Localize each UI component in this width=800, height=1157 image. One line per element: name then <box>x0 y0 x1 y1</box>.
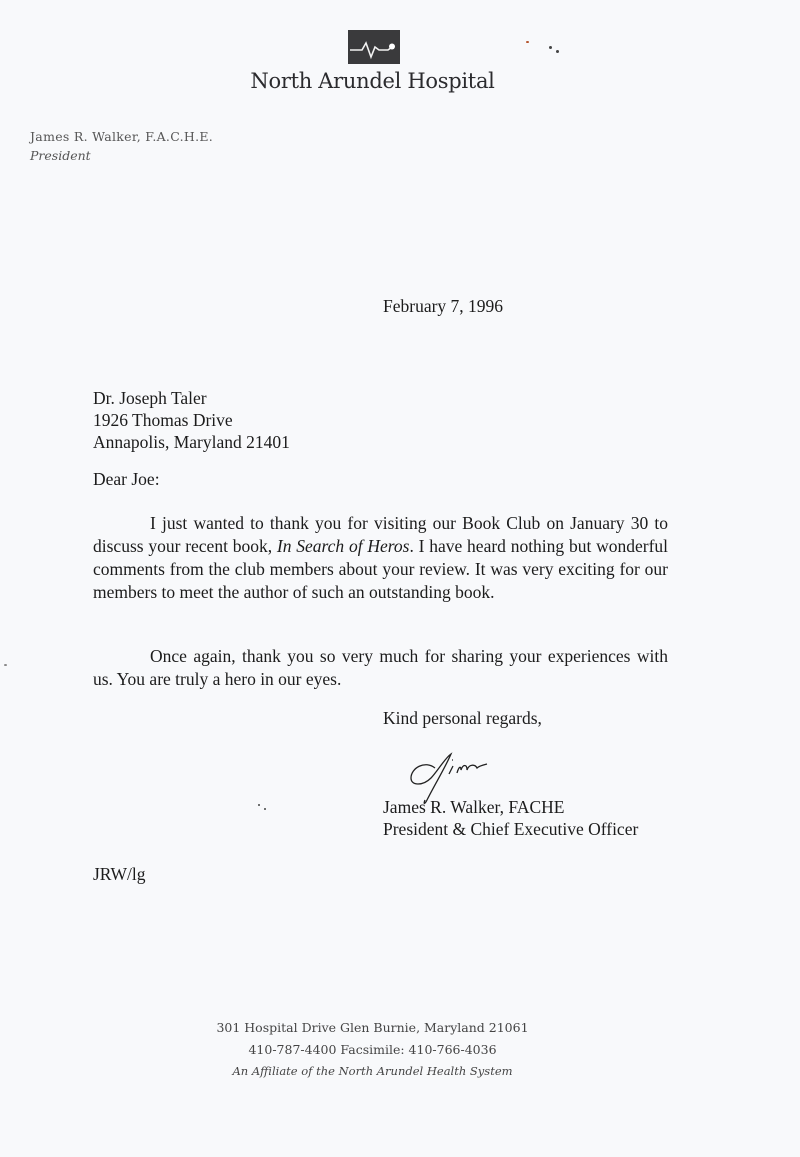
recipient-street: 1926 Thomas Drive <box>93 409 233 431</box>
letter-date: February 7, 1996 <box>383 296 503 317</box>
paper-speck <box>549 46 552 49</box>
body-paragraph-2: Once again, thank you so very much for s… <box>93 645 668 691</box>
paper-speck <box>556 50 559 53</box>
footer-phones: 410-787-4400 Facsimile: 410-766-4036 <box>0 1042 745 1057</box>
salutation: Dear Joe: <box>93 469 160 490</box>
organization-name: North Arundel Hospital <box>0 69 745 93</box>
paragraph-text: Once again, thank you so very much for s… <box>93 645 668 691</box>
recipient-name: Dr. Joseph Taler <box>93 387 207 409</box>
paper-speck <box>526 41 529 43</box>
signer-name: James R. Walker, FACHE <box>383 797 564 818</box>
recipient-city-state-zip: Annapolis, Maryland 21401 <box>93 431 290 453</box>
paper-speck <box>258 804 260 806</box>
footer-address: 301 Hospital Drive Glen Burnie, Maryland… <box>0 1020 745 1035</box>
body-paragraph-1: I just wanted to thank you for visiting … <box>93 512 668 604</box>
paper-speck <box>4 664 7 666</box>
executive-title: President <box>30 148 91 163</box>
book-title: In Search of Heros <box>277 536 410 556</box>
closing: Kind personal regards, <box>383 708 542 729</box>
reference-initials: JRW/lg <box>93 864 146 885</box>
signer-title: President & Chief Executive Officer <box>383 819 638 840</box>
heartbeat-monitor-icon <box>348 30 400 64</box>
paper-speck <box>264 808 266 810</box>
executive-name: James R. Walker, F.A.C.H.E. <box>30 129 213 144</box>
footer-affiliation: An Affiliate of the North Arundel Health… <box>0 1064 745 1078</box>
